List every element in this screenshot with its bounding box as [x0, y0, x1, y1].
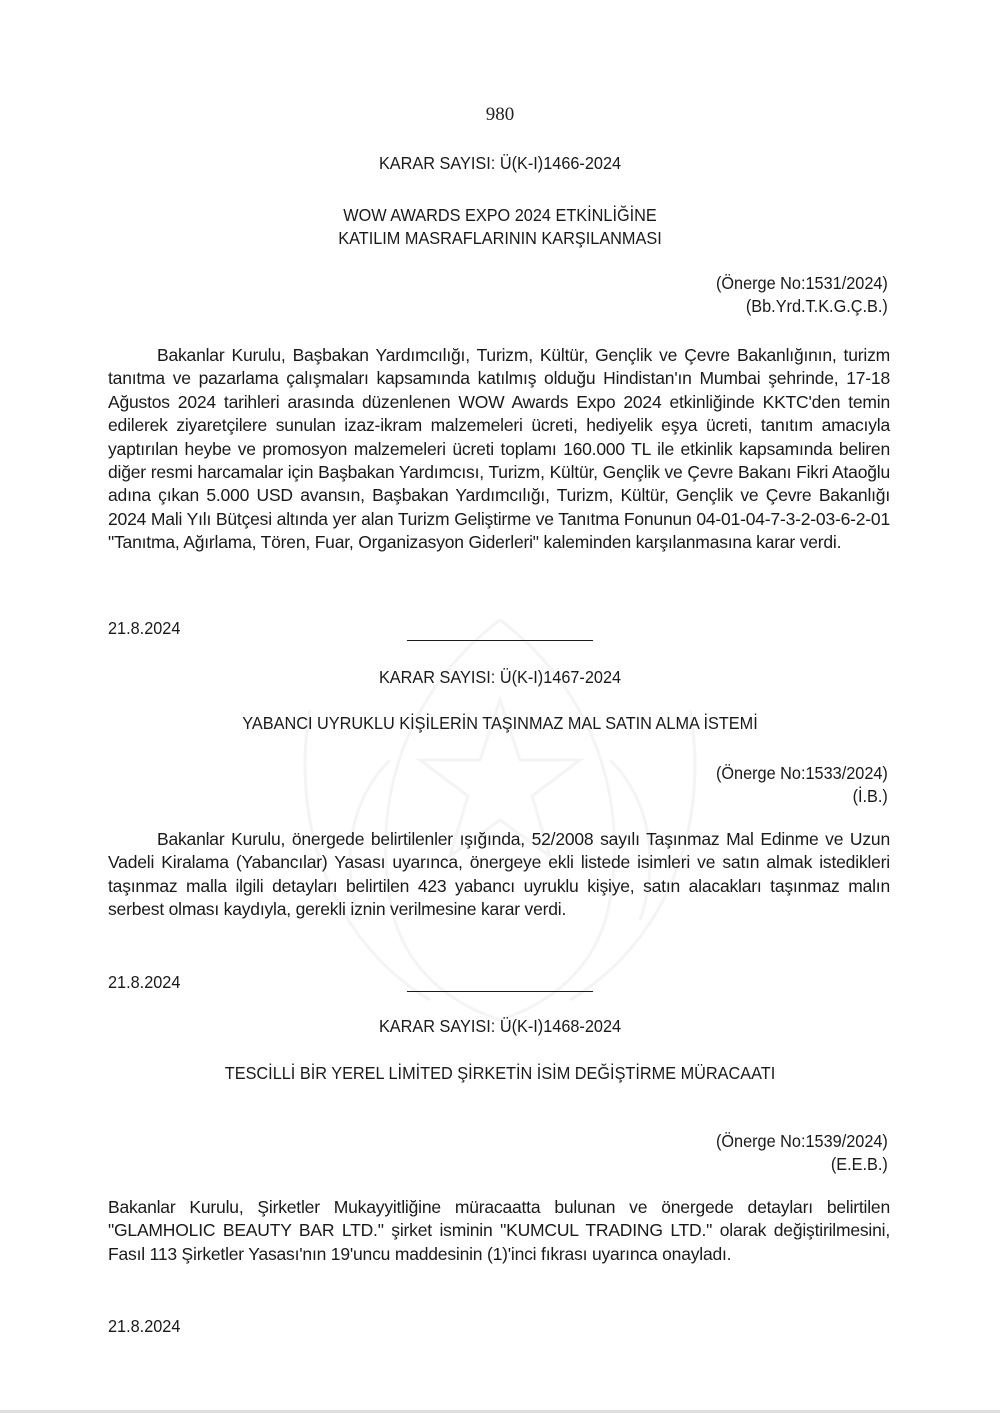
proposal-reference: (Önerge No:1533/2024) (İ.B.) [716, 762, 888, 808]
decision-date: 21.8.2024 [108, 972, 180, 993]
decision-title-line: TESCİLLİ BİR YEREL LİMİTED ŞİRKETİN İSİM… [35, 1062, 965, 1085]
decision-title: YABANCI UYRUKLU KİŞİLERİN TAŞINMAZ MAL S… [35, 712, 965, 735]
decision-title: WOW AWARDS EXPO 2024 ETKİNLİĞİNE KATILIM… [35, 204, 965, 250]
decision-title-line: WOW AWARDS EXPO 2024 ETKİNLİĞİNE [35, 204, 965, 227]
decision-body: Bakanlar Kurulu, Başbakan Yardımcılığı, … [108, 344, 890, 555]
proposal-number: (Önerge No:1531/2024) [716, 272, 888, 295]
decision-body: Bakanlar Kurulu, Şirketler Mukayyitliğin… [108, 1196, 890, 1266]
decision-title: TESCİLLİ BİR YEREL LİMİTED ŞİRKETİN İSİM… [35, 1062, 965, 1085]
document-page: 980 KARAR SAYISI: Ü(K-I)1466-2024 WOW AW… [0, 0, 1000, 1410]
ministry-code: (E.E.B.) [716, 1153, 888, 1176]
proposal-number: (Önerge No:1533/2024) [716, 762, 888, 785]
decision-number: KARAR SAYISI: Ü(K-I)1467-2024 [35, 667, 965, 688]
decision-date: 21.8.2024 [108, 1316, 180, 1337]
proposal-reference: (Önerge No:1539/2024) (E.E.B.) [716, 1130, 888, 1176]
proposal-number: (Önerge No:1539/2024) [716, 1130, 888, 1153]
decision-title-line: YABANCI UYRUKLU KİŞİLERİN TAŞINMAZ MAL S… [35, 712, 965, 735]
ministry-code: (İ.B.) [716, 785, 888, 808]
section-separator [407, 640, 593, 641]
page-number: 980 [0, 104, 1000, 126]
ministry-code: (Bb.Yrd.T.K.G.Ç.B.) [716, 295, 888, 318]
decision-number: KARAR SAYISI: Ü(K-I)1468-2024 [35, 1016, 965, 1037]
emblem-watermark-icon [250, 560, 750, 1060]
proposal-reference: (Önerge No:1531/2024) (Bb.Yrd.T.K.G.Ç.B.… [716, 272, 888, 318]
decision-number: KARAR SAYISI: Ü(K-I)1466-2024 [35, 153, 965, 174]
decision-title-line: KATILIM MASRAFLARININ KARŞILANMASI [35, 227, 965, 250]
decision-body: Bakanlar Kurulu, önergede belirtilenler … [108, 828, 890, 922]
decision-date: 21.8.2024 [108, 618, 180, 639]
section-separator [407, 991, 593, 992]
